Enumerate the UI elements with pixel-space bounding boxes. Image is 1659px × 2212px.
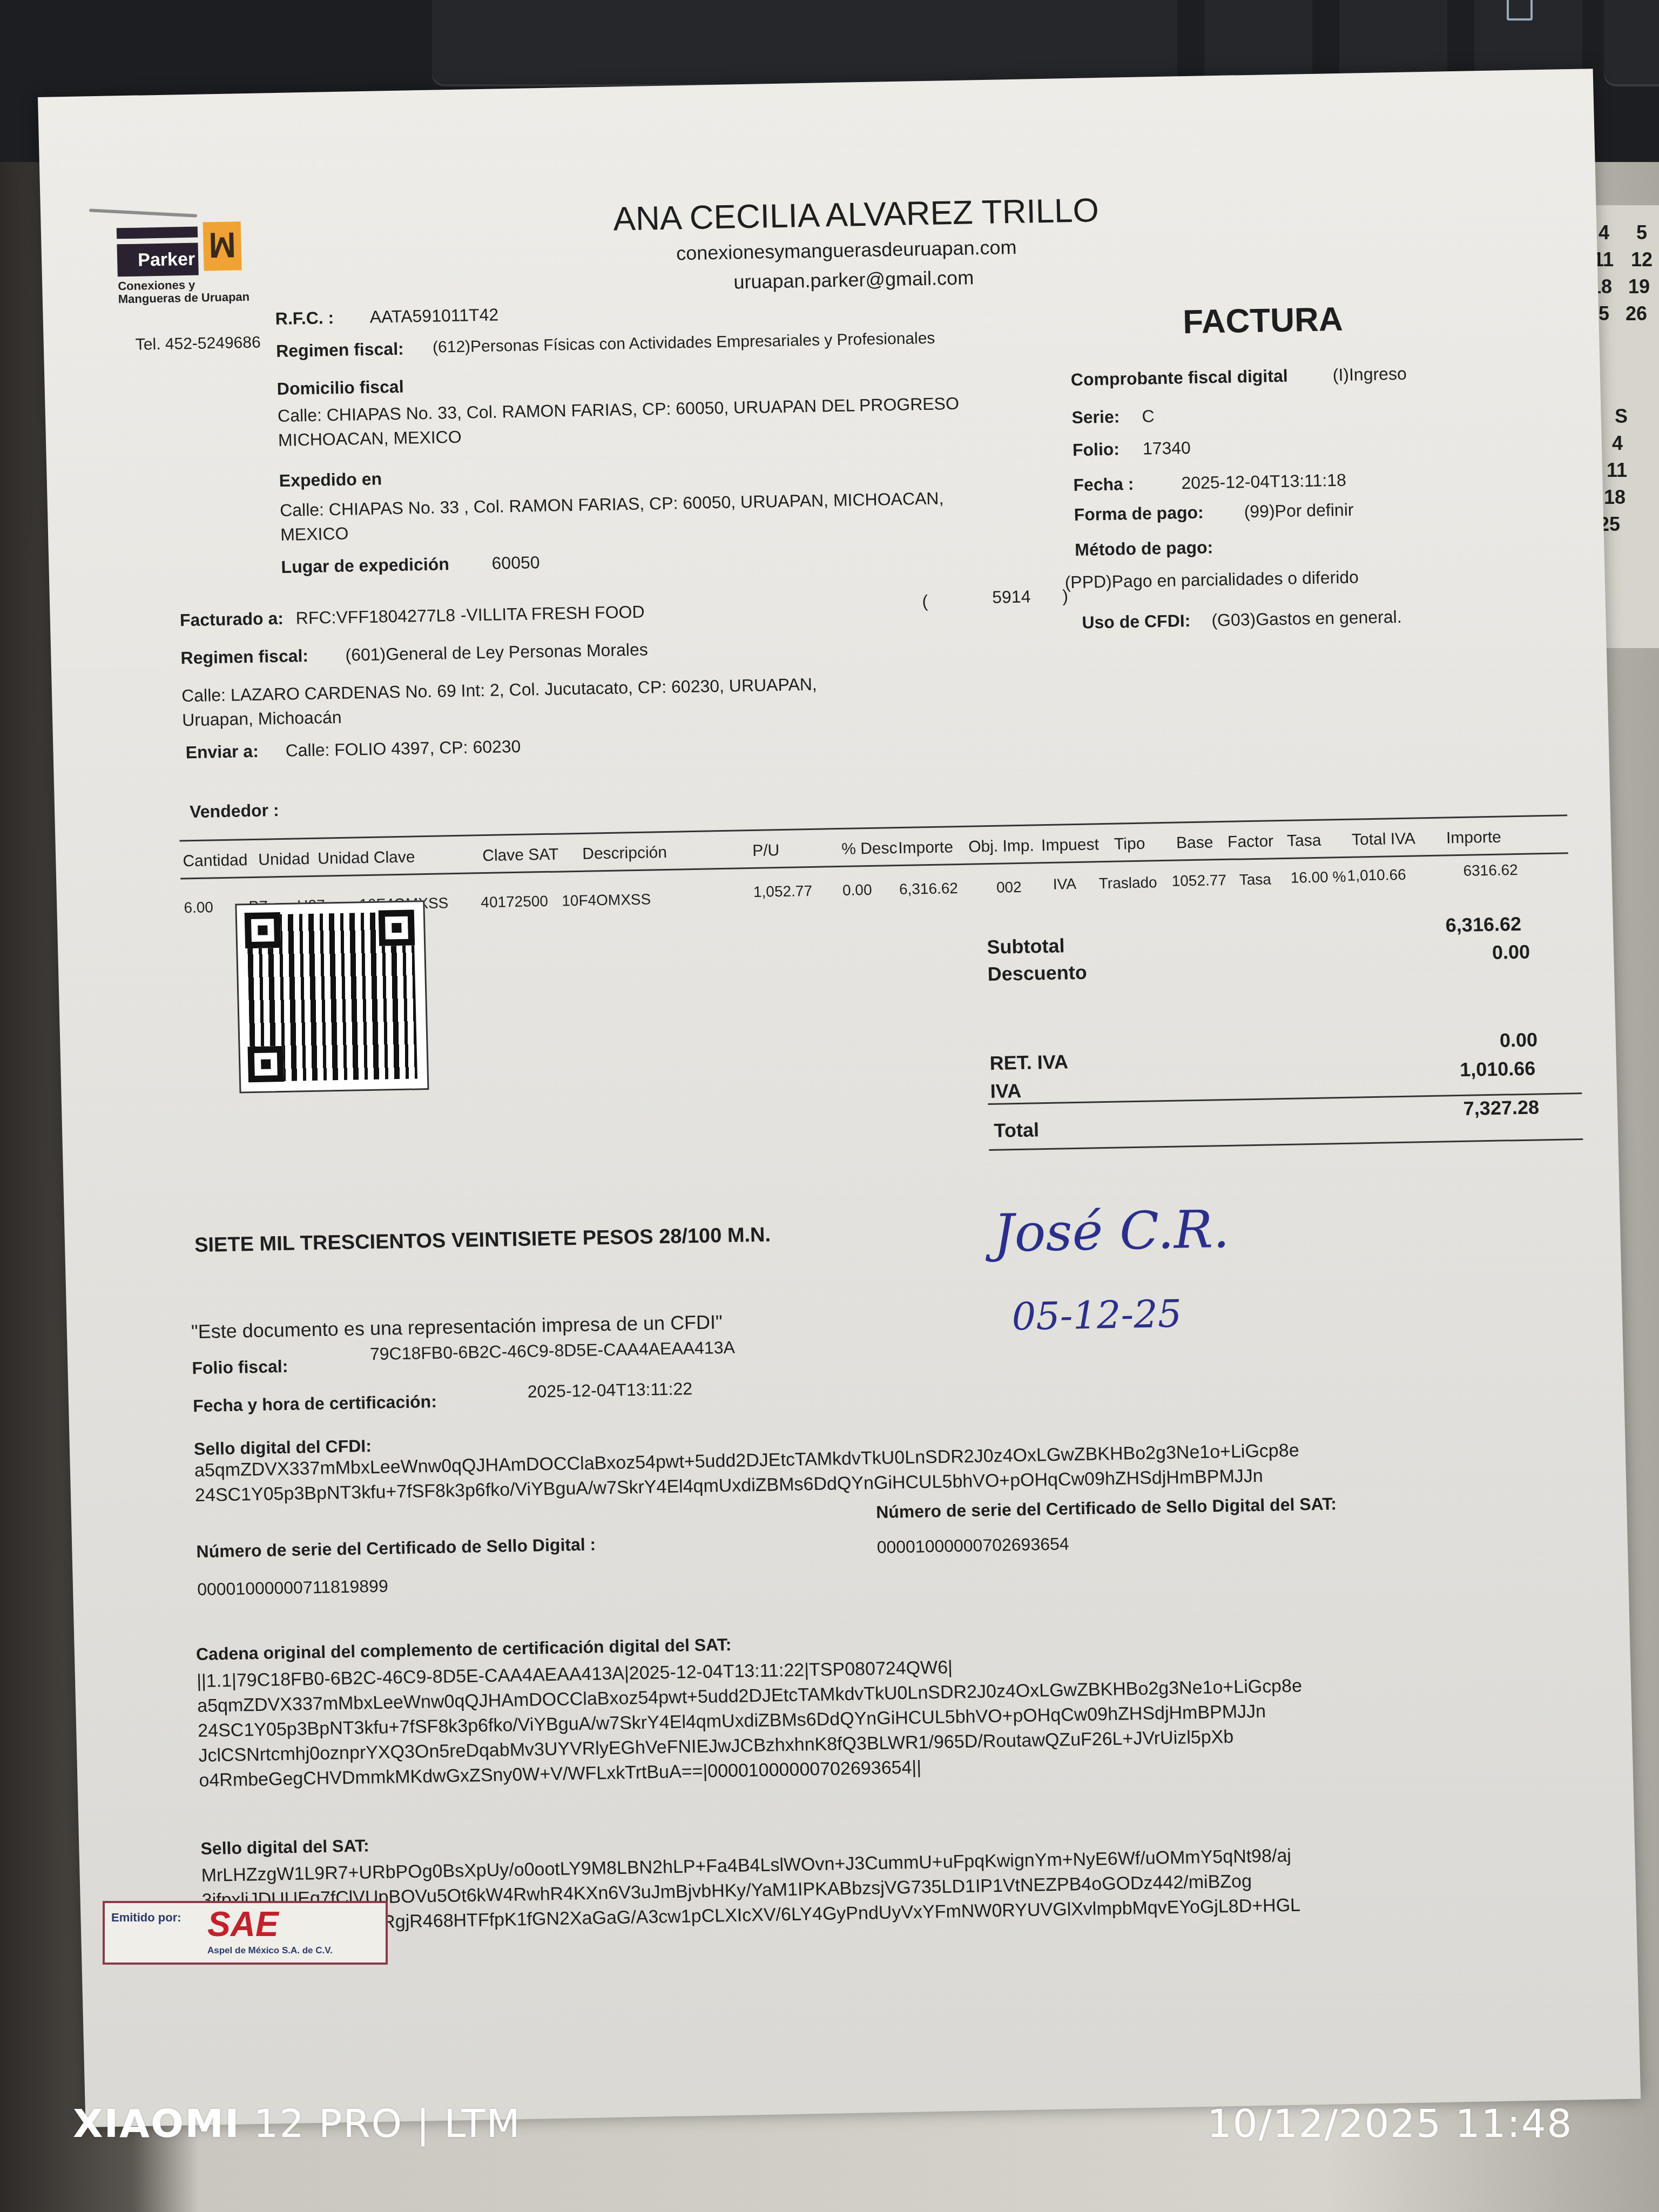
- metodo-pago-label: Método de pago:: [1075, 537, 1213, 560]
- metodo-pago-value: (PPD)Pago en parcialidades o diferido: [1064, 567, 1359, 592]
- cell-impuesto: IVA: [1053, 875, 1076, 893]
- expedido-line2: MEXICO: [280, 524, 349, 545]
- col-header-base: Base: [1176, 833, 1213, 852]
- col-header-descripcion: Descripción: [582, 844, 667, 864]
- camera-model-watermark: XIAOMI 12 PRO | LTM: [73, 2101, 521, 2146]
- sae-logo: SAE: [207, 1904, 279, 1944]
- expedido-label: Expedido en: [279, 469, 382, 490]
- col-header-factor: Factor: [1228, 832, 1274, 852]
- calendar-day: 5: [1636, 221, 1647, 244]
- descuento-value: 0.00: [1492, 941, 1530, 964]
- customer-address-line2: Uruapan, Michoacán: [182, 707, 342, 730]
- domicilio-line1: Calle: CHIAPAS No. 33, Col. RAMON FARIAS…: [278, 394, 960, 426]
- altgr-key-label: Alt Gr: [1220, 0, 1282, 3]
- col-header-unidad: Unidad: [258, 850, 310, 869]
- issuer-website: conexionesymanguerasdeuruapan.com: [676, 236, 1017, 265]
- total-bottom-rule: [989, 1138, 1583, 1151]
- sat-cert-serial-value: 00001000000702693654: [876, 1534, 1069, 1557]
- col-header-importe: Importe: [898, 838, 954, 858]
- serie-label: Serie:: [1071, 407, 1120, 428]
- calendar-day: 4: [1612, 432, 1623, 455]
- qr-code-icon: [235, 900, 429, 1093]
- cert-serial-label: Número de serie del Certificado de Sello…: [196, 1535, 596, 1562]
- calendar-day: 19: [1628, 275, 1650, 298]
- cell-tipo: Traslado: [1098, 874, 1157, 892]
- subtotal-label: Subtotal: [987, 934, 1065, 959]
- iva-value: 1,010.66: [1460, 1057, 1536, 1081]
- menu-key-icon: [1507, 0, 1533, 21]
- handwritten-signature: José C.R.: [993, 1199, 1230, 1264]
- cell-tasa: 16.00 %: [1290, 868, 1346, 887]
- fecha-value: 2025-12-04T13:11:18: [1181, 470, 1346, 494]
- calendar-day: 18: [1604, 486, 1626, 509]
- qr-finder-icon: [248, 1046, 285, 1082]
- uso-cfdi-label: Uso de CFDI:: [1082, 611, 1191, 633]
- lugar-label: Lugar de expedición: [281, 554, 449, 577]
- cert-date-label: Fecha y hora de certificación:: [193, 1392, 437, 1416]
- total-value: 7,327.28: [1463, 1096, 1539, 1120]
- total-label: Total: [994, 1118, 1039, 1142]
- folio-label: Folio:: [1072, 439, 1120, 460]
- vendedor-label: Vendedor :: [190, 800, 279, 822]
- parker-logo: Parker ꟽ Conexiones y Mangueras de Uruap…: [116, 210, 242, 298]
- col-header-unidad-clave: Unidad Clave: [318, 848, 415, 868]
- customer-number: 5914: [992, 586, 1031, 607]
- subtotal-value: 6,316.62: [1445, 913, 1521, 937]
- calendar-day: 4: [1599, 221, 1609, 244]
- lugar-value: 60050: [491, 552, 540, 574]
- iva-label: IVA: [990, 1080, 1021, 1103]
- cell-total-iva: 1,010.66: [1347, 866, 1406, 885]
- expedido-line1: Calle: CHIAPAS No. 33 , Col. RAMON FARIA…: [280, 488, 944, 521]
- col-header-impuesto: Impuest: [1041, 835, 1100, 855]
- cell-obj-imp: 002: [996, 879, 1022, 896]
- camera-model: 12 PRO | LTM: [240, 2101, 521, 2146]
- customer-regimen: (601)General de Ley Personas Morales: [345, 639, 648, 665]
- folio-fiscal-label: Folio fiscal:: [192, 1357, 288, 1378]
- customer-number-close: ): [1062, 586, 1069, 606]
- qr-finder-icon: [245, 912, 281, 948]
- col-header-obj-imp: Obj. Imp.: [968, 837, 1034, 856]
- issuer-email: uruapan.parker@gmail.com: [733, 266, 974, 293]
- customer-number-open: (: [922, 591, 928, 611]
- facturado-label: Facturado a:: [179, 609, 284, 631]
- calendar-day: 12: [1631, 248, 1653, 271]
- amount-in-words: SIETE MIL TRESCIENTOS VEINTISIETE PESOS …: [194, 1223, 771, 1257]
- cell-importe-total: 6316.62: [1463, 861, 1518, 880]
- descuento-label: Descuento: [987, 961, 1087, 986]
- altgr-key: Alt Gr: [1204, 0, 1312, 86]
- logo-caption: Conexiones y Mangueras de Uruapan: [118, 278, 249, 306]
- col-header-clave-sat: Clave SAT: [482, 846, 559, 866]
- uso-cfdi-value: (G03)Gastos en general.: [1211, 607, 1402, 630]
- fecha-label: Fecha :: [1073, 474, 1134, 495]
- staple-icon: [89, 208, 197, 217]
- calendar-day: 11: [1607, 459, 1627, 482]
- col-header-desc: % Desc: [841, 839, 898, 859]
- issuer-regimen-label: Regimen fiscal:: [276, 339, 404, 361]
- comprobante-value: (I)Ingreso: [1332, 364, 1407, 385]
- ret-iva-value: 0.00: [1499, 1028, 1537, 1051]
- camera-timestamp: 10/12/2025 11:48: [1207, 2101, 1573, 2146]
- invoice-paper: Parker ꟽ Conexiones y Mangueras de Uruap…: [38, 69, 1641, 2127]
- enviar-value: Calle: FOLIO 4397, CP: 60230: [285, 737, 521, 761]
- rfc-label: R.F.C. :: [275, 308, 334, 329]
- ret-iva-label: RET. IVA: [989, 1050, 1068, 1075]
- sae-stamp-label: Emitido por:: [111, 1911, 181, 1925]
- sat-cert-serial-label: Número de serie del Certificado de Sello…: [876, 1494, 1337, 1522]
- customer-regimen-label: Regimen fiscal:: [180, 646, 308, 668]
- folio-fiscal-value: 79C18FB0-6B2C-46C9-8D5E-CAA4AEAA413A: [370, 1338, 736, 1364]
- comprobante-label: Comprobante fiscal digital: [1070, 366, 1288, 390]
- cell-desc: 0.00: [842, 881, 872, 899]
- qr-finder-icon: [379, 909, 415, 946]
- issuer-rfc: AATA591011T42: [369, 305, 498, 327]
- logo-emblem-icon: ꟽ: [203, 221, 242, 271]
- cert-serial-value: 00001000000711819899: [197, 1576, 388, 1600]
- cert-date-value: 2025-12-04T13:11:22: [527, 1379, 692, 1402]
- ctrl-key: [1604, 0, 1659, 86]
- col-header-tipo: Tipo: [1114, 835, 1145, 854]
- camera-brand: XIAOMI: [73, 2101, 240, 2146]
- calendar-day: S: [1615, 405, 1628, 428]
- issuer-name: ANA CECILIA ALVAREZ TRILLO: [613, 191, 1100, 238]
- serie-value: C: [1142, 406, 1155, 426]
- cell-importe: 6,316.62: [899, 880, 959, 898]
- customer-rfc: RFC:VFF1804277L8: [295, 605, 455, 628]
- cell-cantidad: 6.00: [184, 899, 213, 916]
- issuer-regimen: (612)Personas Físicas con Actividades Em…: [433, 329, 935, 357]
- calendar-day: 26: [1626, 302, 1647, 325]
- cell-descripcion: 10F4OMXSS: [562, 891, 651, 909]
- invoice-title: FACTURA: [1183, 300, 1344, 341]
- logo-brand: Parker: [117, 243, 198, 277]
- col-header-importe-total: Importe: [1446, 828, 1502, 848]
- cell-factor: Tasa: [1239, 871, 1271, 888]
- cell-pu: 1,052.77: [753, 882, 813, 901]
- domicilio-line2: MICHOACAN, MEXICO: [278, 427, 462, 450]
- logo-caption-line2: Mangueras de Uruapan: [118, 291, 250, 306]
- issuer-phone: Tel. 452-5249686: [135, 334, 261, 354]
- customer-address-line1: Calle: LAZARO CARDENAS No. 69 Int: 2, Co…: [181, 675, 817, 706]
- cfdi-representation-note: "Este documento es una representación im…: [191, 1311, 723, 1343]
- fn-key-label: Fn: [1355, 0, 1381, 3]
- forma-pago-value: (99)Por definir: [1244, 500, 1354, 522]
- enviar-label: Enviar a:: [185, 741, 259, 763]
- sello-sat-label: Sello digital del SAT:: [200, 1836, 369, 1859]
- cell-clave-sat: 40172500: [481, 893, 548, 911]
- col-header-total-iva: Total IVA: [1352, 829, 1416, 849]
- sae-stamp: Emitido por: SAE Aspel de México S.A. de…: [103, 1901, 388, 1965]
- forma-pago-label: Forma de pago:: [1074, 503, 1204, 525]
- cell-base: 1052.77: [1171, 872, 1226, 890]
- handwritten-date: 05-12-25: [1011, 1292, 1182, 1339]
- folio-value: 17340: [1142, 438, 1191, 459]
- customer-name: -VILLITA FRESH FOOD: [460, 602, 645, 625]
- col-header-tasa: Tasa: [1287, 832, 1321, 851]
- spacebar-key: [432, 0, 1177, 86]
- col-header-pu: P/U: [752, 841, 780, 860]
- domicilio-label: Domicilio fiscal: [276, 377, 404, 399]
- sae-stamp-sub: Aspel de México S.A. de C.V.: [207, 1945, 333, 1956]
- col-header-cantidad: Cantidad: [183, 851, 248, 871]
- logo-bar: [117, 227, 198, 239]
